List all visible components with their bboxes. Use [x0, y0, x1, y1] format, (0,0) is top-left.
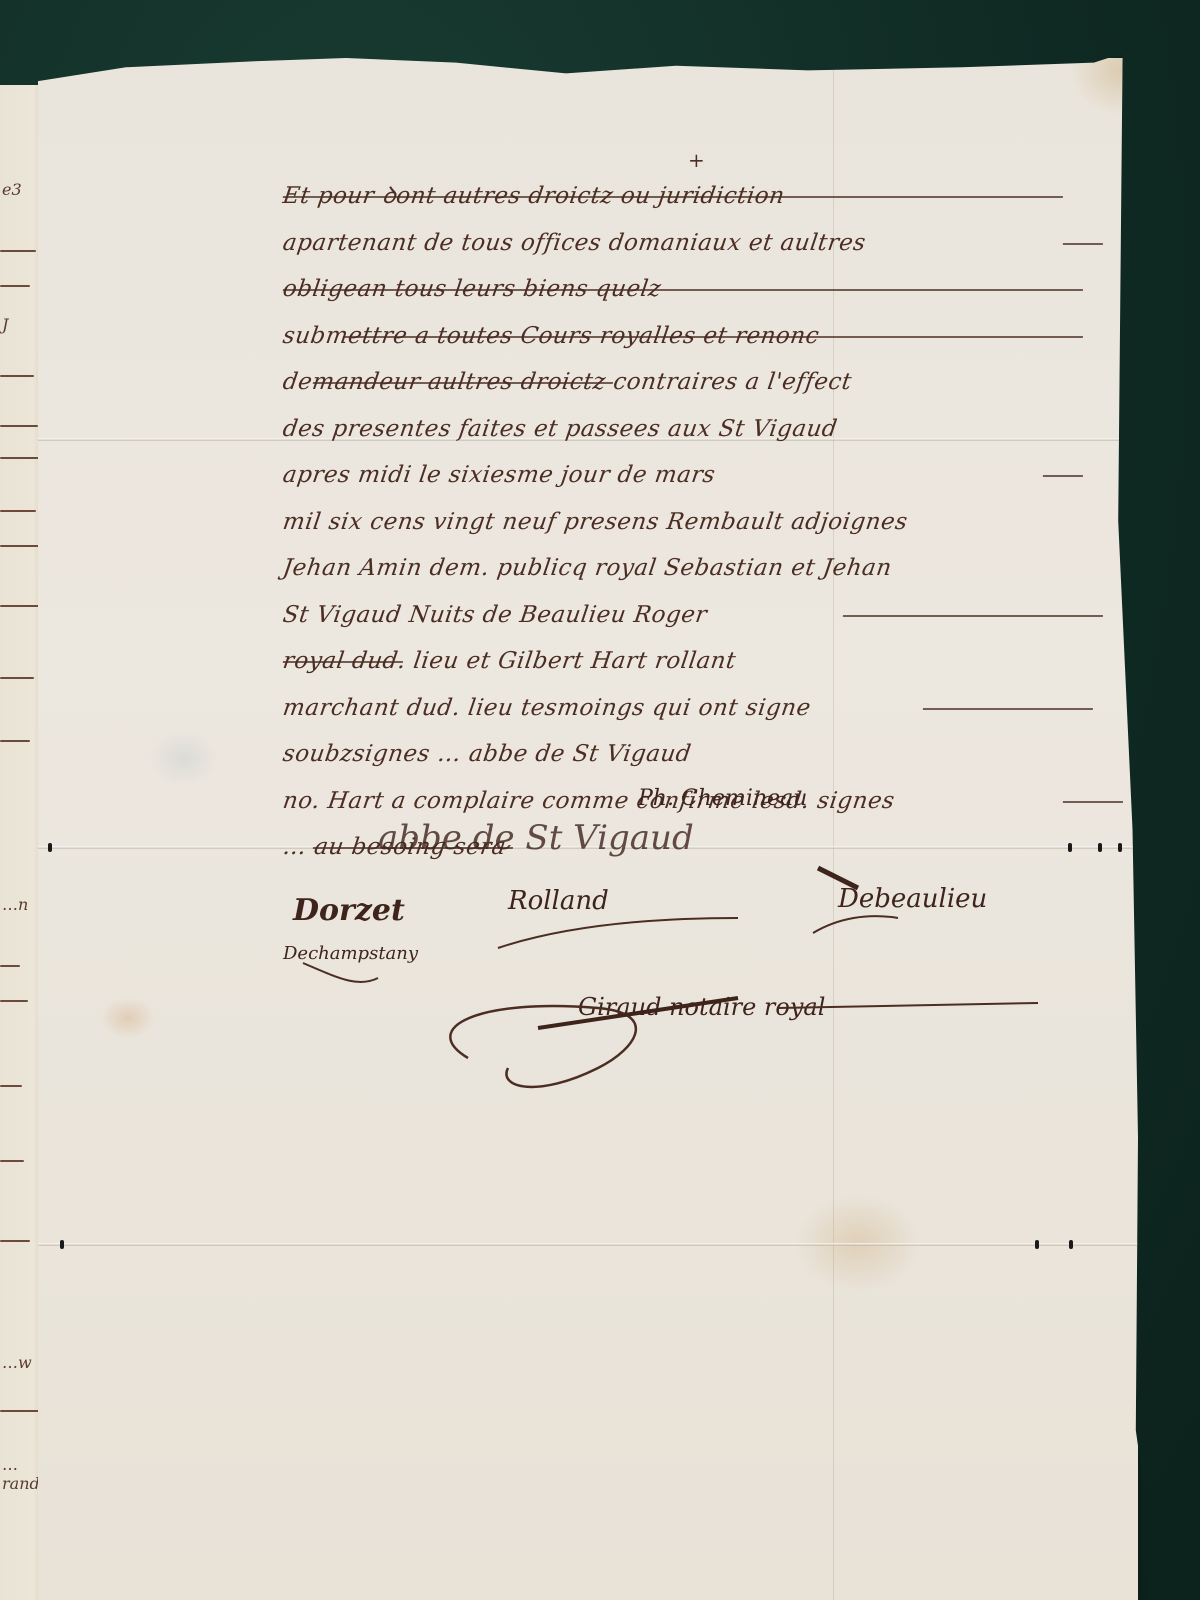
ink-line-end [0, 605, 44, 607]
ink-line-end [0, 457, 40, 459]
ink-line-end [0, 425, 38, 427]
left-page-fragment: …n [2, 895, 28, 914]
ink-line-end [0, 1000, 28, 1002]
ink-line-end [0, 545, 40, 547]
signatures-area: Ph. Chemineau abbe de St Vigaud Dorzet D… [38, 58, 1138, 1600]
signature-flourishes [38, 58, 1138, 1158]
ink-line-end [0, 740, 30, 742]
ink-line-end [0, 965, 20, 967]
ink-line-end [0, 285, 30, 287]
left-page-fragment: …w [2, 1353, 32, 1372]
ink-line-end [0, 510, 36, 512]
ink-line-end [0, 1160, 24, 1162]
ink-line-end [0, 250, 36, 252]
ink-line-end [0, 677, 34, 679]
ink-line-end [0, 375, 34, 377]
manuscript-sheet: + Et pour ꝺont autres droictz ou juridic… [38, 58, 1138, 1600]
ink-line-end [0, 1085, 22, 1087]
ink-line-end [0, 1410, 44, 1412]
left-page-fragment: e3 [2, 180, 22, 199]
ink-line-end [0, 1240, 30, 1242]
left-page-fragment: J [2, 315, 8, 334]
